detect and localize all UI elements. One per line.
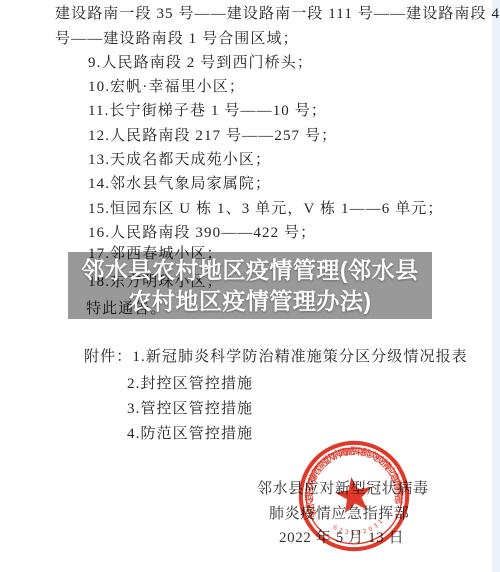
doc-line: 15.恒园东区 U 栋 1、3 单元，V 栋 1——6 单元； xyxy=(88,201,444,218)
doc-line: 13.天成名都天成苑小区； xyxy=(88,152,271,169)
doc-line: 9.人民路南段 2 号到西门桥头； xyxy=(88,55,313,72)
overlay-title-text: 邻水县农村地区疫情管理(邻水县农村地区疫情管理办法) xyxy=(70,255,430,317)
doc-line: 12.人民路南段 217 号——257 号； xyxy=(88,128,337,145)
seal-star-icon xyxy=(333,474,374,514)
doc-line: 16.人民路南段 390——422 号； xyxy=(88,225,316,242)
attachment-row: 附件：1.新冠肺炎科学防治精准施策分区分级情况报表 xyxy=(84,349,468,366)
title-overlay-banner: 邻水县农村地区疫情管理(邻水县农村地区疫情管理办法) xyxy=(68,252,432,319)
doc-line: 14.邻水县气象局家属院； xyxy=(88,176,271,193)
doc-line: 11.长宁街梯子巷 1 号——10 号； xyxy=(88,103,327,120)
attachment-label: 附件： xyxy=(84,349,132,365)
official-seal: 邻水县应对新型冠状病毒感染肺炎疫情应急指挥部 623502031 xyxy=(288,430,419,561)
document-page: 建设路南一段 35 号——建设路南一段 111 号——建设路南段 43 号——建… xyxy=(0,0,500,572)
attachment-item: 2.封控区管控措施 xyxy=(127,376,253,393)
attachment-item: 3.管控区管控措施 xyxy=(127,401,253,418)
doc-line: 10.宏帆·幸福里小区； xyxy=(88,79,245,96)
doc-line: 号——建设路南段 1 号合围区域； xyxy=(55,31,299,48)
right-edge-strip xyxy=(492,0,500,572)
doc-line: 建设路南一段 35 号——建设路南一段 111 号——建设路南段 43 xyxy=(55,6,500,23)
attachment-item: 1.新冠肺炎科学防治精准施策分区分级情况报表 xyxy=(132,349,467,365)
attachment-item: 4.防范区管控措施 xyxy=(127,426,253,443)
